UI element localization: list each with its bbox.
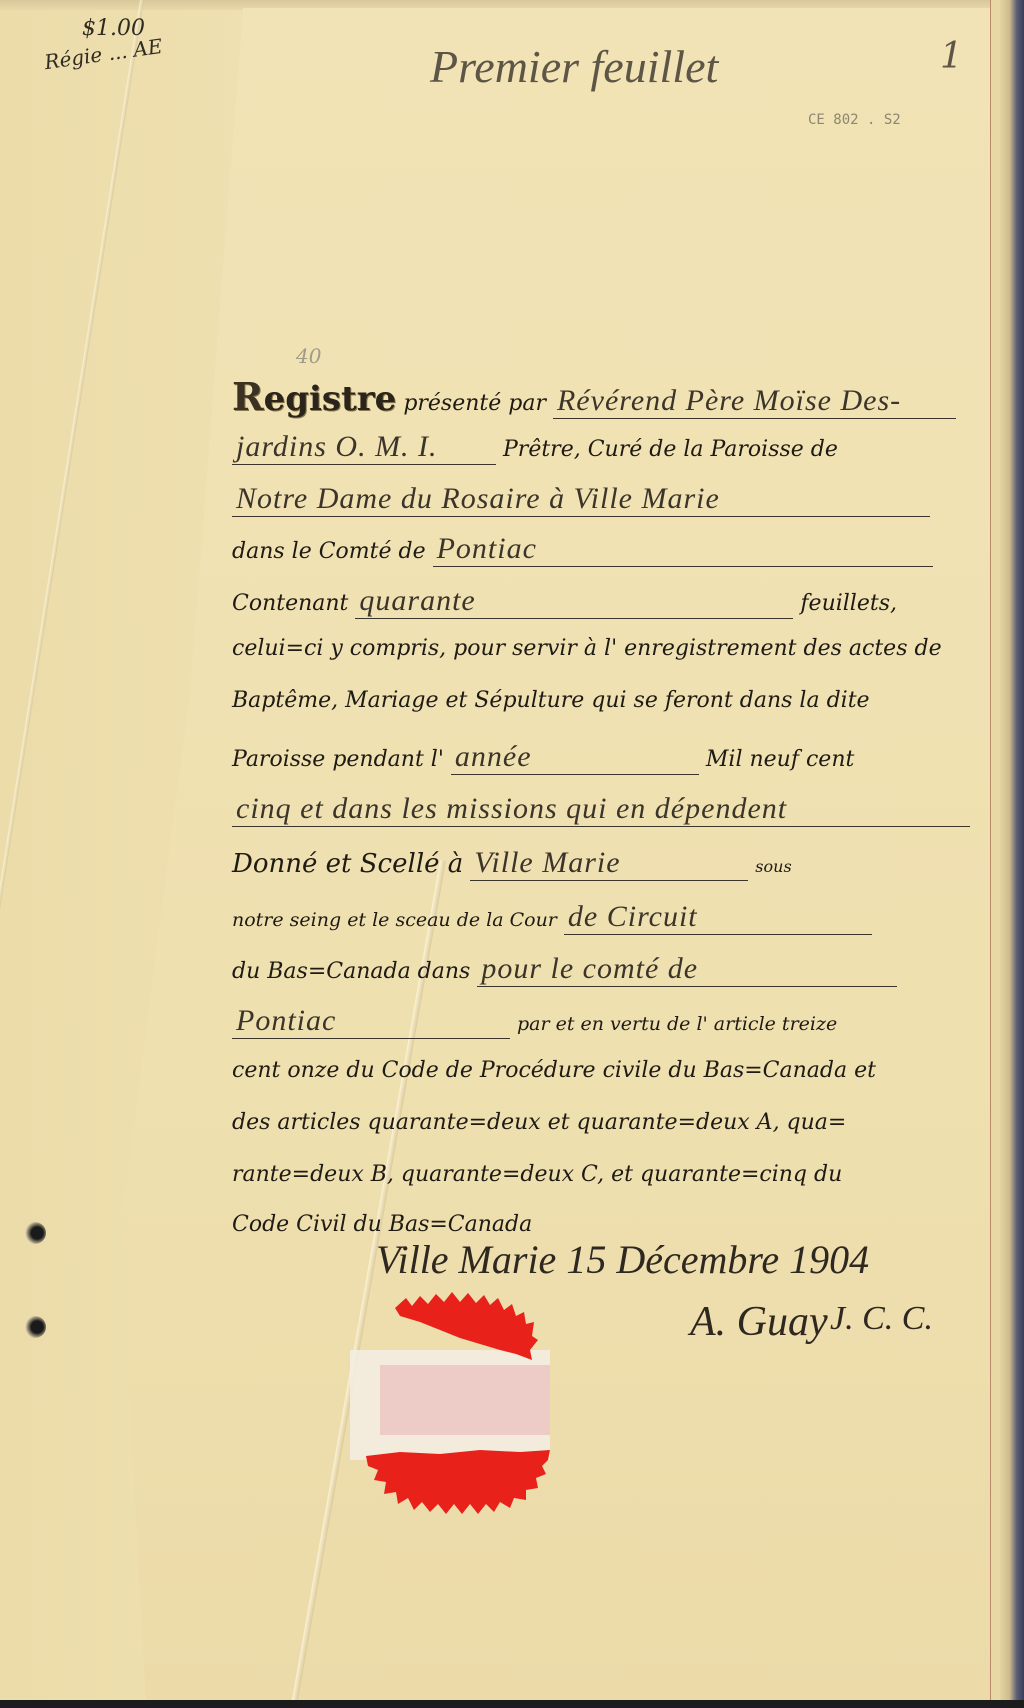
sealed-place: Ville Marie — [470, 846, 748, 881]
binding-hole — [24, 1222, 46, 1244]
parish-name: Notre Dame du Rosaire à Ville Marie — [232, 482, 930, 517]
form-line-15: des articles quarante=deux et quarante=d… — [232, 1110, 932, 1150]
form-line-13: Pontiac par et en vertu de l' article tr… — [232, 1004, 932, 1044]
year-missions: cinq et dans les missions qui en dépende… — [232, 792, 970, 827]
pencil-number: 40 — [296, 344, 321, 368]
form-line-12: du Bas=Canada dans pour le comté de — [232, 952, 932, 992]
court-name: de Circuit — [564, 900, 872, 935]
drop-cap: Registre — [232, 379, 396, 419]
archive-code: CE 802 . S2 — [808, 112, 901, 128]
form-line-6: celui=ci y compris, pour servir à l' enr… — [232, 636, 932, 676]
form-line-3: Notre Dame du Rosaire à Ville Marie — [232, 482, 932, 522]
form-line-5: Contenant quarante feuillets, — [232, 584, 932, 624]
form-line-7: Baptême, Mariage et Sépulture qui se fer… — [232, 688, 932, 728]
form-line-10: Donné et Scellé à Ville Marie sous — [232, 846, 932, 886]
page-number: 1 — [940, 36, 963, 77]
wax-seal-icon — [340, 1290, 580, 1530]
form-line-4: dans le Comté de Pontiac — [232, 532, 932, 572]
bottom-edge — [0, 1700, 1024, 1708]
presenter-name: Révérend Père Moïse Des- — [553, 384, 956, 419]
signature-title: J. C. C. — [830, 1300, 933, 1338]
leaf-title: Premier feuillet — [430, 40, 718, 93]
form-line-11: notre seing et le sceau de la Cour de Ci… — [232, 900, 932, 940]
county-name: Pontiac — [433, 532, 933, 567]
court-district: pour le comté de — [477, 952, 897, 987]
form-line-8: Paroisse pendant l' année Mil neuf cent — [232, 740, 932, 780]
form-line-16: rante=deux B, quarante=deux C, et quaran… — [232, 1162, 932, 1202]
binding-edge — [1000, 0, 1024, 1708]
leaf-count: quarante — [355, 584, 793, 619]
signature: A. Guay — [690, 1298, 828, 1346]
binding-hole — [24, 1316, 46, 1338]
form-line-1: Registre présenté par Révérend Père Moïs… — [232, 374, 932, 414]
court-county: Pontiac — [232, 1004, 510, 1039]
form-line-2: jardins O. M. I. Prêtre, Curé de la Paro… — [232, 430, 932, 470]
year-word: année — [451, 740, 699, 775]
form-line-9: cinq et dans les missions qui en dépende… — [232, 792, 932, 832]
form-line-14: cent onze du Code de Procédure civile du… — [232, 1058, 932, 1098]
dateline: Ville Marie 15 Décembre 1904 — [376, 1236, 869, 1283]
presenter-name-cont: jardins O. M. I. — [232, 430, 496, 465]
